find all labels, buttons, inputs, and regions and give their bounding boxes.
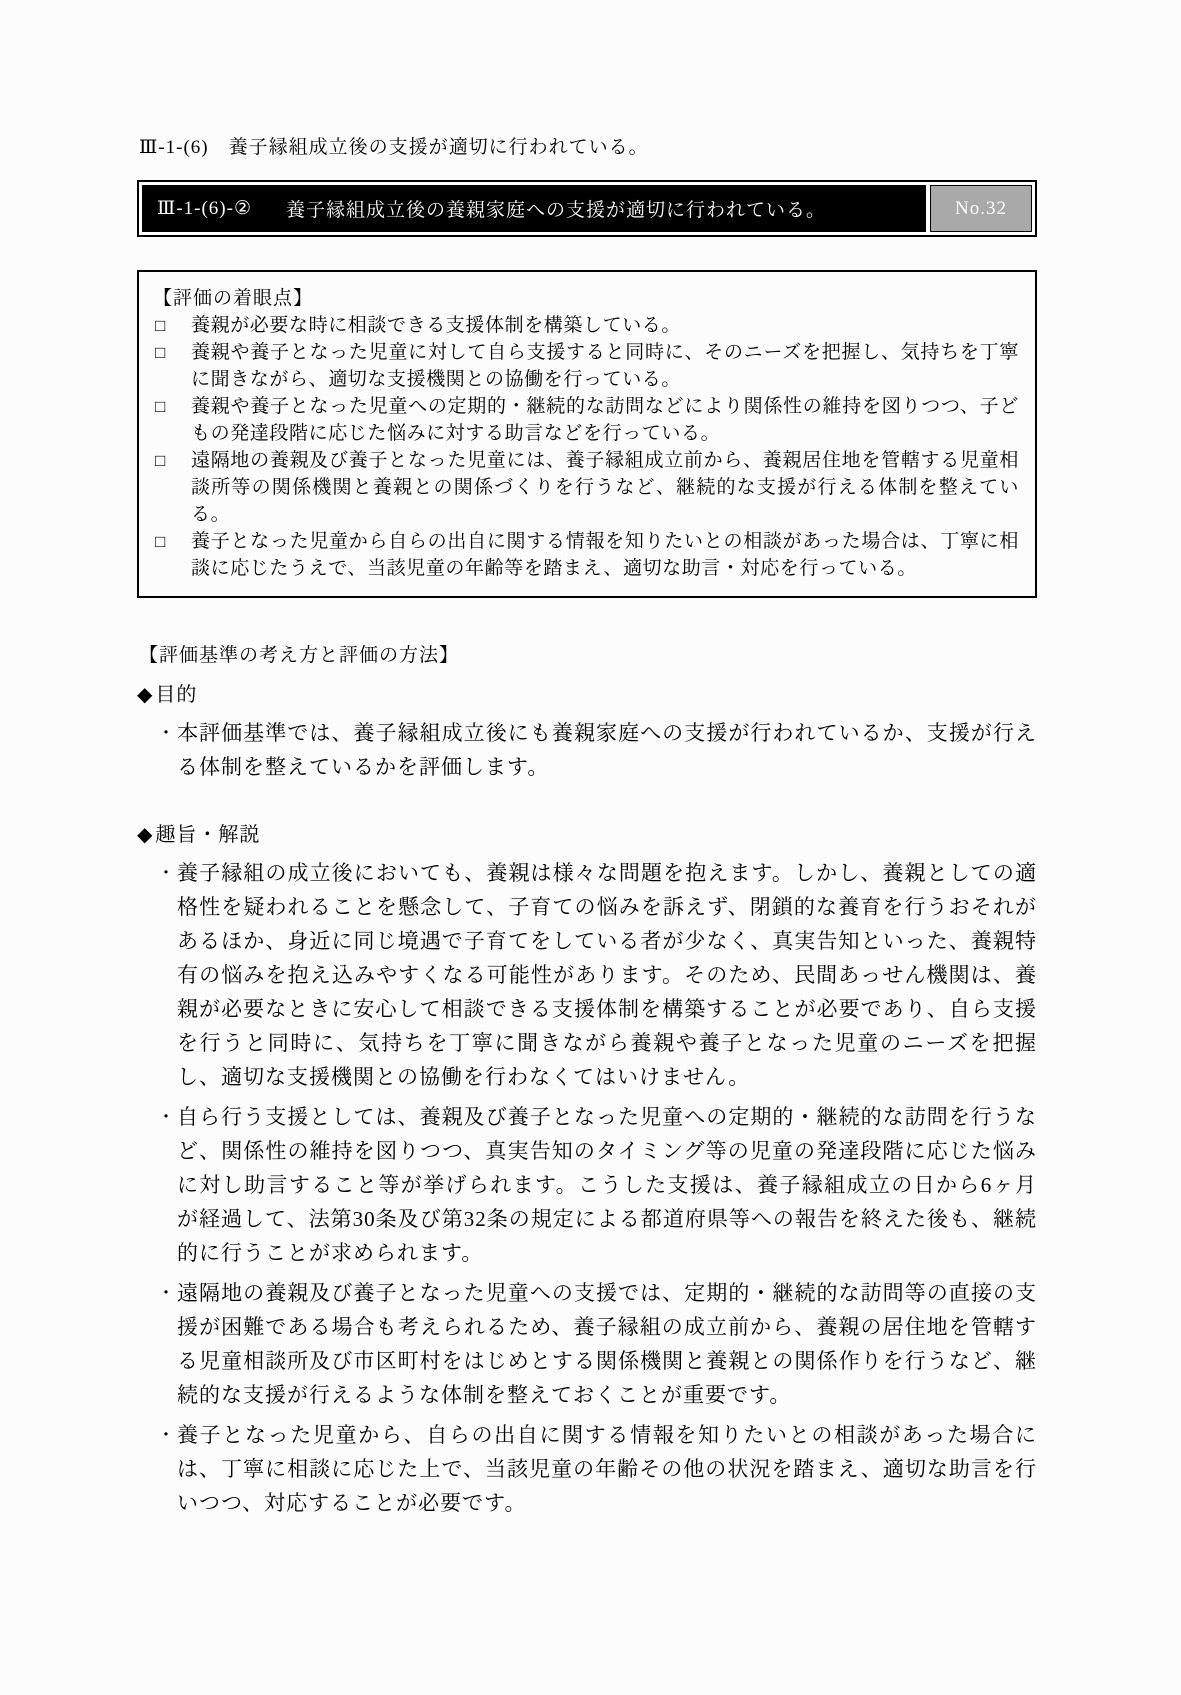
checklist-item-text: 養親や養子となった児童への定期的・継続的な訪問などにより関係性の維持を図りつつ、… bbox=[191, 393, 1019, 447]
checklist-item: □ 養親や養子となった児童への定期的・継続的な訪問などにより関係性の維持を図りつ… bbox=[153, 393, 1019, 447]
purpose-heading-label: 目的 bbox=[155, 684, 197, 706]
diamond-icon: ◆ bbox=[137, 684, 153, 706]
checkbox-icon: □ bbox=[153, 312, 191, 339]
bullet-icon: ・ bbox=[137, 1276, 177, 1310]
explanation-paragraph: 養子となった児童から、自らの出自に関する情報を知りたいとの相談があった場合には、… bbox=[177, 1418, 1037, 1520]
viewpoints-title: 【評価の着眼点】 bbox=[153, 285, 1019, 312]
checklist-item: □ 養子となった児童から自らの出自に関する情報を知りたいとの相談があった場合は、… bbox=[153, 528, 1019, 582]
checkbox-icon: □ bbox=[153, 447, 191, 474]
checklist-item-text: 遠隔地の養親及び養子となった児童には、養子縁組成立前から、養親居住地を管轄する児… bbox=[191, 447, 1019, 528]
criterion-header-bar: Ⅲ-1-(6)-② 養子縁組成立後の養親家庭への支援が適切に行われている。 bbox=[142, 185, 926, 232]
evaluation-viewpoints-box: 【評価の着眼点】 □ 養親が必要な時に相談できる支援体制を構築している。 □ 養… bbox=[137, 270, 1037, 598]
criteria-section-title: 【評価基準の考え方と評価の方法】 bbox=[139, 644, 1037, 668]
checklist-item-text: 養親が必要な時に相談できる支援体制を構築している。 bbox=[191, 312, 1019, 339]
bullet-icon: ・ bbox=[137, 856, 177, 890]
document-page: Ⅲ-1-(6) 養子縁組成立後の支援が適切に行われている。 Ⅲ-1-(6)-② … bbox=[0, 0, 1181, 1695]
checklist-item: □ 養親や養子となった児童に対して自ら支援すると同時に、そのニーズを把握し、気持… bbox=[153, 339, 1019, 393]
section-heading: Ⅲ-1-(6) 養子縁組成立後の支援が適切に行われている。 bbox=[139, 136, 1037, 160]
checklist-item-text: 養親や養子となった児童に対して自ら支援すると同時に、そのニーズを把握し、気持ちを… bbox=[191, 339, 1019, 393]
diamond-icon: ◆ bbox=[137, 824, 153, 846]
checklist-item-text: 養子となった児童から自らの出自に関する情報を知りたいとの相談があった場合は、丁寧… bbox=[191, 528, 1019, 582]
explanation-paragraph: 遠隔地の養親及び養子となった児童への支援では、定期的・継続的な訪問等の直接の支援… bbox=[177, 1276, 1037, 1412]
purpose-heading: ◆目的 bbox=[137, 682, 1037, 708]
checklist-item: □ 遠隔地の養親及び養子となった児童には、養子縁組成立前から、養親居住地を管轄す… bbox=[153, 447, 1019, 528]
explanation-list: ・ 養子縁組の成立後においても、養親は様々な問題を抱えます。しかし、養親としての… bbox=[137, 856, 1037, 1520]
list-item: ・ 本評価基準では、養子縁組成立後にも養親家庭への支援が行われているか、支援が行… bbox=[137, 716, 1037, 784]
list-item: ・ 遠隔地の養親及び養子となった児童への支援では、定期的・継続的な訪問等の直接の… bbox=[137, 1276, 1037, 1412]
criterion-header: Ⅲ-1-(6)-② 養子縁組成立後の養親家庭への支援が適切に行われている。 No… bbox=[137, 180, 1037, 237]
checklist-item: □ 養親が必要な時に相談できる支援体制を構築している。 bbox=[153, 312, 1019, 339]
criterion-number-badge: No.32 bbox=[930, 185, 1032, 232]
checkbox-icon: □ bbox=[153, 528, 191, 555]
checkbox-icon: □ bbox=[153, 339, 191, 366]
criterion-code: Ⅲ-1-(6)-② bbox=[157, 197, 252, 220]
list-item: ・ 自ら行う支援としては、養親及び養子となった児童への定期的・継続的な訪問を行う… bbox=[137, 1100, 1037, 1270]
bullet-icon: ・ bbox=[137, 716, 177, 750]
bullet-icon: ・ bbox=[137, 1100, 177, 1134]
purpose-list: ・ 本評価基準では、養子縁組成立後にも養親家庭への支援が行われているか、支援が行… bbox=[137, 716, 1037, 784]
bullet-icon: ・ bbox=[137, 1418, 177, 1452]
explanation-heading: ◆趣旨・解説 bbox=[137, 822, 1037, 848]
list-item: ・ 養子縁組の成立後においても、養親は様々な問題を抱えます。しかし、養親としての… bbox=[137, 856, 1037, 1094]
purpose-text: 本評価基準では、養子縁組成立後にも養親家庭への支援が行われているか、支援が行える… bbox=[177, 716, 1037, 784]
checkbox-icon: □ bbox=[153, 393, 191, 420]
explanation-paragraph: 自ら行う支援としては、養親及び養子となった児童への定期的・継続的な訪問を行うなど… bbox=[177, 1100, 1037, 1270]
explanation-paragraph: 養子縁組の成立後においても、養親は様々な問題を抱えます。しかし、養親としての適格… bbox=[177, 856, 1037, 1094]
list-item: ・ 養子となった児童から、自らの出自に関する情報を知りたいとの相談があった場合に… bbox=[137, 1418, 1037, 1520]
explanation-heading-label: 趣旨・解説 bbox=[155, 824, 260, 846]
criterion-title: 養子縁組成立後の養親家庭への支援が適切に行われている。 bbox=[286, 195, 826, 222]
